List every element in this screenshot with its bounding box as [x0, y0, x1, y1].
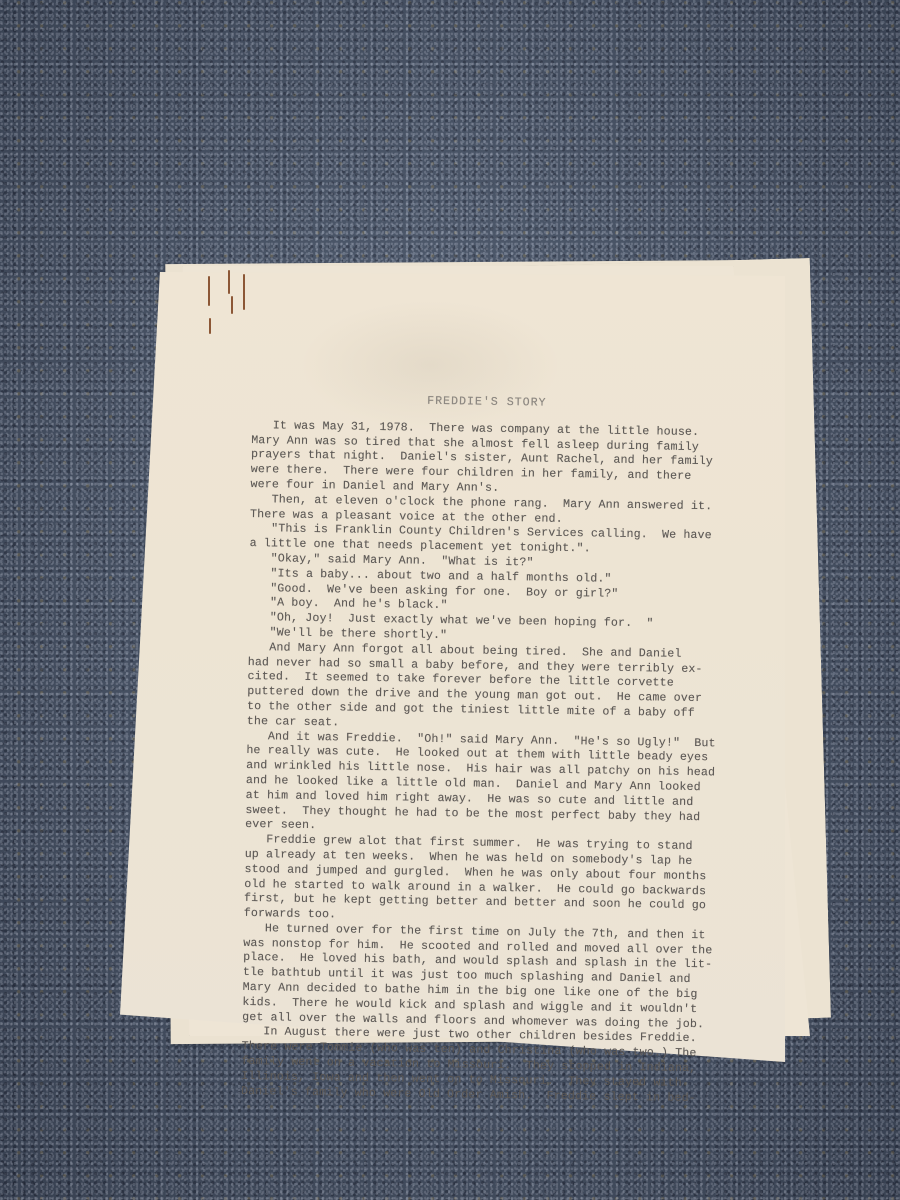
typewritten-page: FREDDIE'S STORY It was May 31, 1978. The… — [241, 392, 732, 1107]
staple-rust-mark — [228, 270, 230, 294]
staple-rust-mark — [208, 276, 210, 306]
staple-rust-mark — [209, 318, 211, 334]
staple-rust-mark — [231, 296, 233, 314]
staple-rust-mark — [243, 274, 245, 310]
story-body: It was May 31, 1978. There was company a… — [241, 419, 732, 1107]
